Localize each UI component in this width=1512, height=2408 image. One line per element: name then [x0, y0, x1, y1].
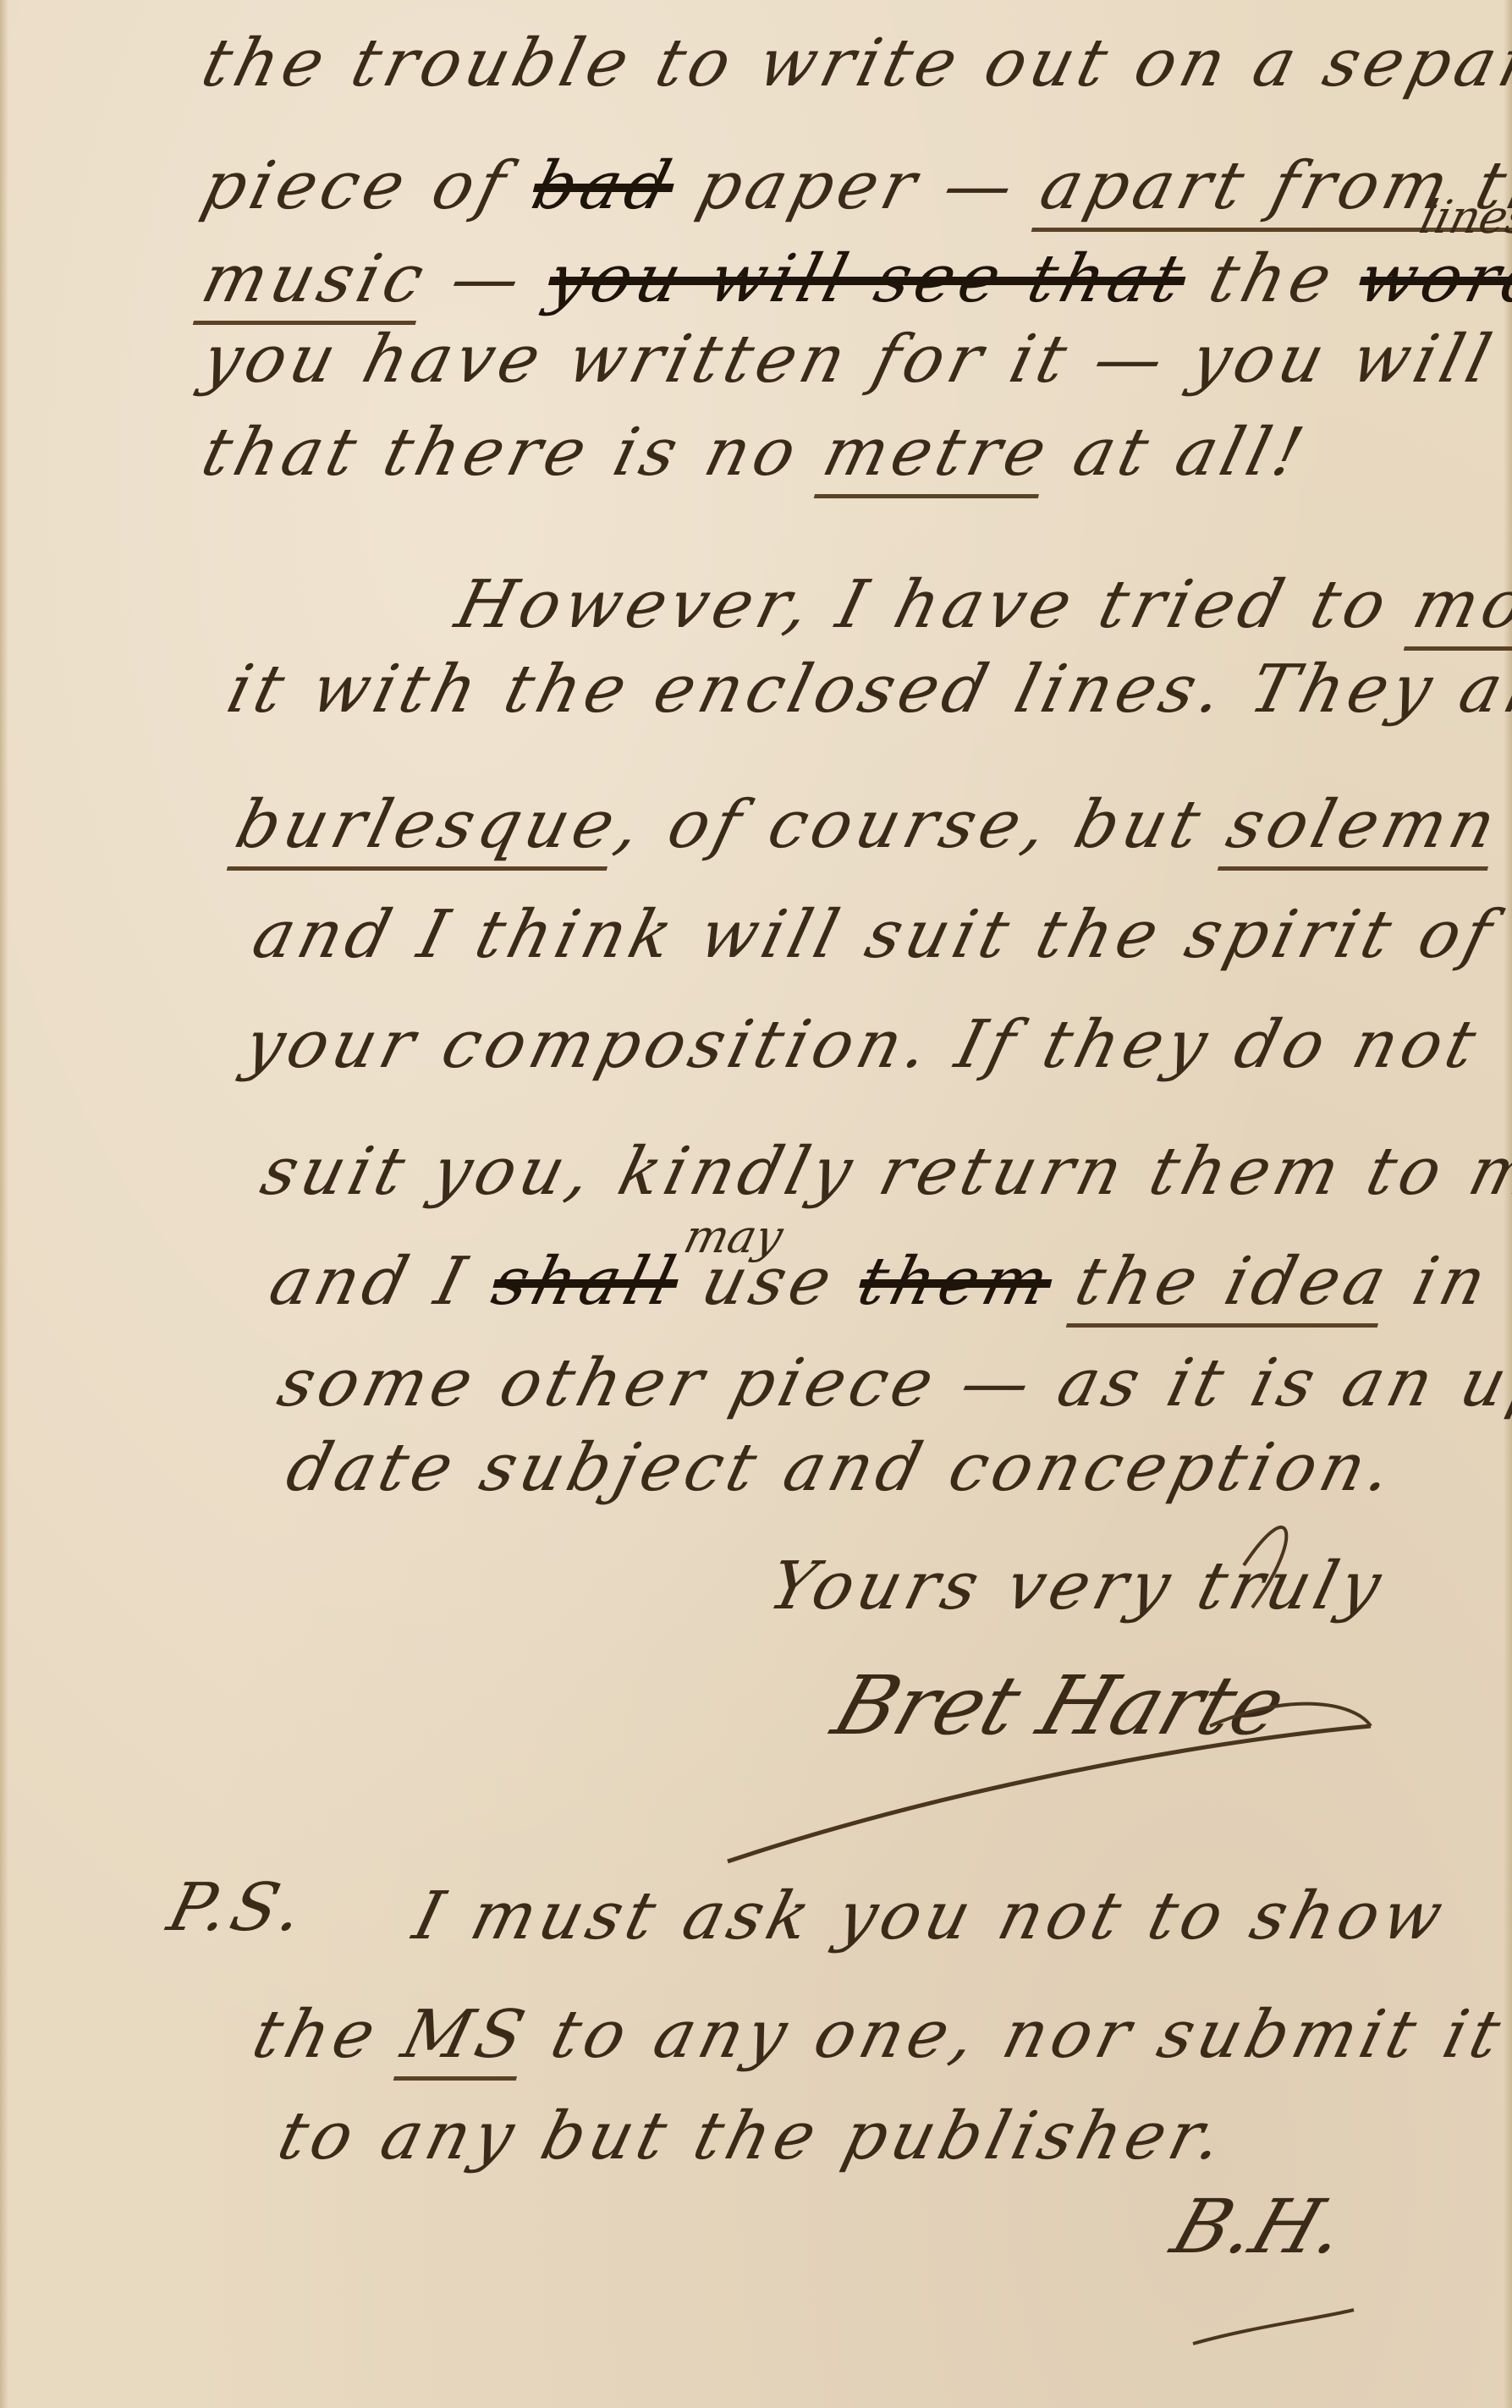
text-segment: the [245, 1997, 414, 2073]
text-segment: I must ask you not to show [406, 1878, 1454, 1954]
postscript-line: I must ask you not to show [406, 1878, 1454, 1954]
text-segment: to any one, nor submit it [518, 1997, 1512, 2073]
underlined-text: MS [393, 1997, 536, 2081]
postscript-line: the MS to any one, nor submit it [245, 1997, 1512, 2073]
postscript-initials: B.H. [1162, 2183, 1357, 2270]
postscript-label: P.S. [161, 1870, 316, 1946]
postscript-line: to any but the publisher. [271, 2098, 1235, 2174]
text-segment: to any but the publisher. [271, 2098, 1235, 2174]
